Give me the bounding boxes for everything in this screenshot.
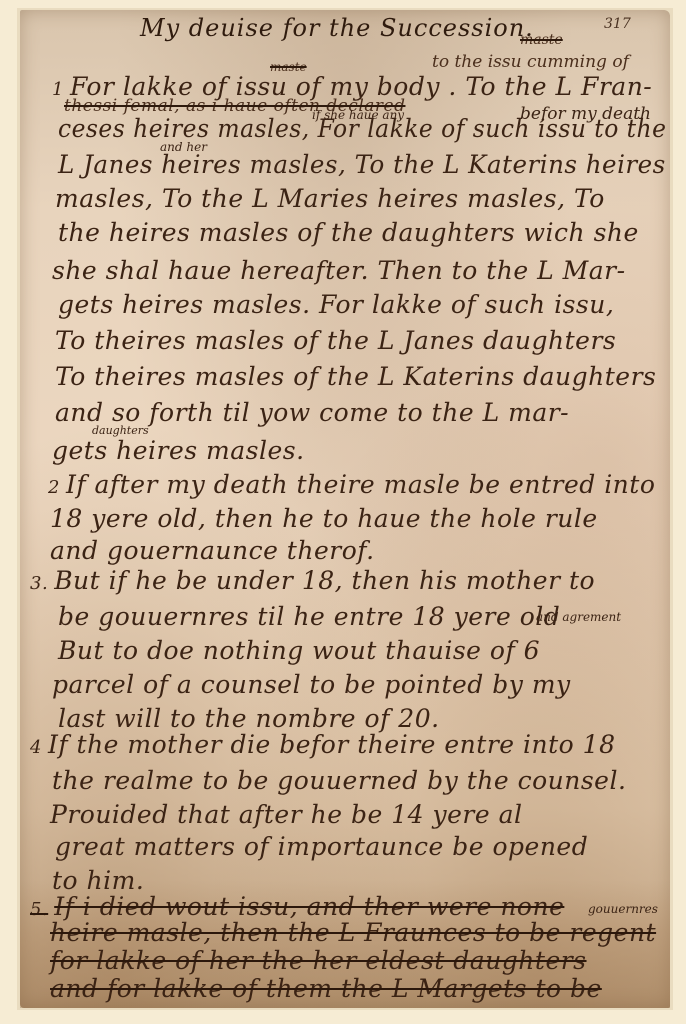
page-title: My deuise for the Succession.: [140, 14, 534, 42]
section-4-line-1: 4If the mother die befor theire entre in…: [30, 730, 615, 759]
section-2-line-3: and gouernaunce therof.: [50, 536, 375, 565]
line-text: But if he be under 18, then his mother t…: [54, 566, 595, 595]
section-1-line-8: gets heires masles. For lakke of such is…: [58, 290, 614, 319]
section-1-line-12: gets heires masles.: [52, 436, 305, 465]
section-5-line-2: heire masle, then the L Fraunces to be r…: [50, 918, 656, 947]
section-1-line-6: the heires masles of the daughters wich …: [58, 218, 639, 247]
section-4-line-2: the realme to be gouuerned by the counse…: [52, 766, 626, 795]
insertion-deleted-maste: maste: [520, 32, 563, 48]
section-number-2: 2: [48, 477, 60, 498]
section-1-line-11: and so forth til yow come to the L mar-: [55, 398, 569, 427]
folio-number: 317: [604, 16, 631, 32]
section-2-line-1: 2If after my death theire masle be entre…: [48, 470, 655, 499]
section-4-line-3: Prouided that after he be 14 yere al: [50, 800, 522, 829]
section-1-line-7: she shal haue hereafter. Then to the L M…: [52, 256, 626, 285]
section-5-line-1: 5.If i died wout issu, and ther were non…: [30, 892, 564, 921]
section-number-1: 1: [52, 79, 64, 100]
section-2-line-2: 18 yere old, then he to haue the hole ru…: [50, 504, 598, 533]
section-1-line-10: To theires masles of the L Katerins daug…: [55, 362, 656, 391]
section-number-3: 3.: [30, 573, 48, 594]
section-4-line-5: to him.: [52, 866, 144, 895]
section-4-line-4: great matters of importaunce be opened: [55, 832, 588, 861]
line-text: If the mother die befor theire entre int…: [48, 730, 616, 759]
section-1-line-9: To theires masles of the L Janes daughte…: [55, 326, 616, 355]
insertion-and-agrement: and agrement: [536, 610, 621, 624]
insertion-to-the-issu: to the issu cumming of: [432, 52, 629, 72]
section-3-line-1: 3.But if he be under 18, then his mother…: [30, 566, 595, 595]
section-1-line-4: L Janes heires masles, To the L Katerins…: [58, 150, 666, 179]
section-5-line-4: and for lakke of them the L Margets to b…: [50, 974, 602, 1003]
section-number-4: 4: [30, 737, 42, 758]
section-3-line-2: be gouuernres til he entre 18 yere old: [58, 602, 560, 631]
insertion-text: to the issu cumming of: [432, 52, 629, 72]
insertion-gouuernres: gouuernres: [588, 902, 658, 916]
section-1-line-5: masles, To the L Maries heires masles, T…: [55, 184, 605, 213]
section-3-line-3: But to doe nothing wout thauise of 6: [58, 636, 540, 665]
line-text: If after my death theire masle be entred…: [66, 470, 655, 499]
section-3-line-4: parcel of a counsel to be pointed by my: [52, 670, 571, 699]
line-text: If i died wout issu, and ther were none: [54, 892, 564, 921]
section-3-line-5: last will to the nombre of 20.: [58, 704, 440, 733]
section-5-line-3: for lakke of her the her eldest daughter…: [50, 946, 587, 975]
section-1-line-3: ceses heires masles, For lakke of such i…: [58, 114, 666, 143]
section-number-5: 5.: [30, 899, 48, 920]
